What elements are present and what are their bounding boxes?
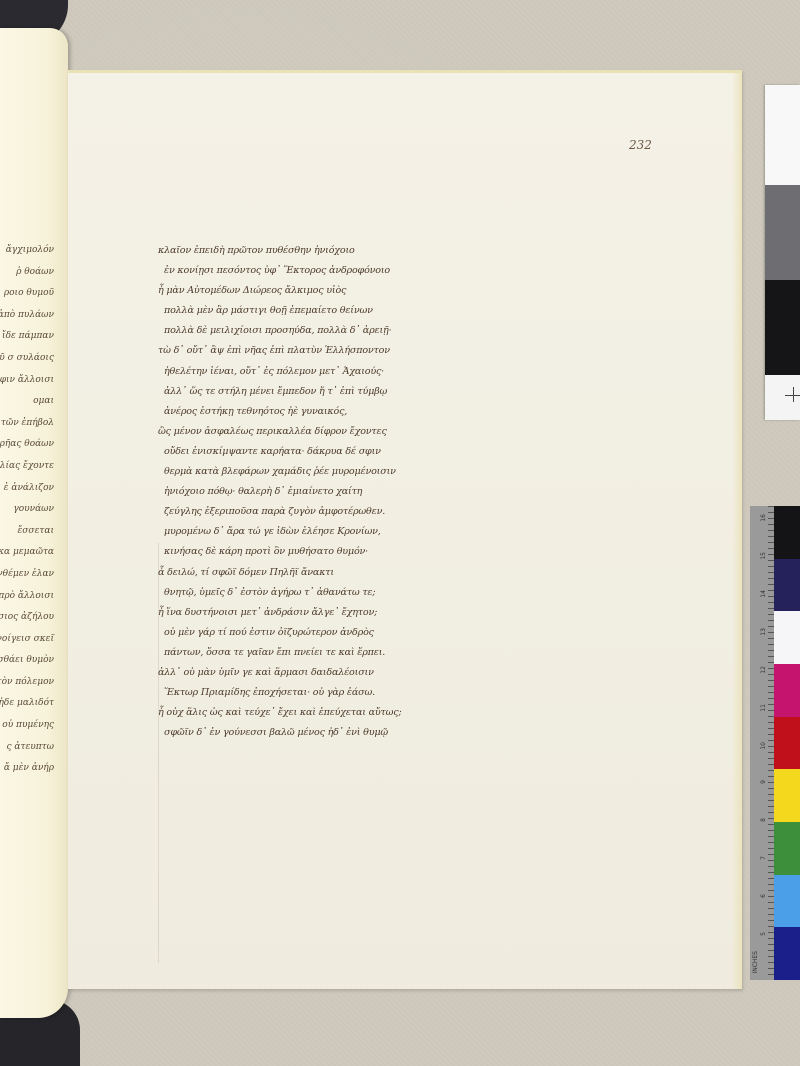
left-text-line: ἄ μὲν ἀνήρ <box>0 758 54 780</box>
left-text-line: τὸν πόλεμον <box>0 672 54 694</box>
manuscript-folio: 232 κλαῖον ἐπειδὴ πρῶτον πυθέσθην ἡνιόχο… <box>68 70 742 989</box>
text-line: μυρομένω δ᾽ ἄρα τώ γε ἰδὼν ἐλέησε Κρονίω… <box>158 522 488 542</box>
left-text-line: ροιο θυμοῦ <box>0 283 54 305</box>
text-line: ἡνιόχοιο πόθῳ· θαλερὴ δ᾽ ἐμιαίνετο χαίτη <box>158 482 488 502</box>
text-line: ἐν κονίῃσι πεσόντος ὑφ᾽ Ἕκτορος ἀνδροφόν… <box>158 261 488 281</box>
patch-white <box>765 85 800 185</box>
text-line: οὔδει ἐνισκίμψαντε καρήατα· δάκρυα δέ σφ… <box>158 442 488 462</box>
ruler-tick-label: 12 <box>760 666 767 674</box>
ruler-tick-label: 8 <box>760 818 767 822</box>
left-text-line: ἡδε μαλιδότ <box>0 693 54 715</box>
left-page-text: ἄγχιμολόνῥ θοάωνροιο θυμοῦὑπ᾽ ἀπὸ πυλάων… <box>0 240 54 780</box>
left-text-line: ῥα ἴδε πάμπαν <box>0 326 54 348</box>
left-text-line: ομαι <box>0 391 54 413</box>
text-line: ἦ οὐχ ἅλις ὡς καὶ τεύχε᾽ ἔχει καὶ ἐπεύχε… <box>158 703 488 723</box>
left-text-line: ῥ θοάων <box>0 262 54 284</box>
text-line: ὣς μένον ἀσφαλέως περικαλλέα δίφρον ἔχον… <box>158 422 488 442</box>
text-line: κλαῖον ἐπειδὴ πρῶτον πυθέσθην ἡνιόχοιο <box>158 241 488 261</box>
left-text-line: σιος ἀζήλου <box>0 607 54 629</box>
left-text-line: ς ἀτευπτω <box>0 737 54 759</box>
patch-mid-gray <box>765 185 800 280</box>
left-text-line: πρὸ ἄλλοισι <box>0 586 54 608</box>
ruler-tick-label: 15 <box>760 552 767 560</box>
text-line: πάντων, ὅσσα τε γαῖαν ἔπι πνείει τε καὶ … <box>158 643 488 663</box>
text-line: ἆ δειλώ, τί σφῶϊ δόμεν Πηλῆϊ ἄνακτι <box>158 563 488 583</box>
ruler-tick-label: 11 <box>760 704 767 712</box>
left-text-line: ἐνοίγεισ σκεῖ <box>0 629 54 651</box>
text-line: ἀνέρος ἑστήκῃ τεθνηότος ἠὲ γυναικός, <box>158 402 488 422</box>
left-text-line: ὑπ᾽ ἀπὸ πυλάων <box>0 305 54 327</box>
text-line: Ἕκτωρ Πριαμίδης ἐποχήσεται· οὐ γὰρ ἐάσω. <box>158 683 488 703</box>
left-text-line: ὅσ τ᾽ ἐσθάει θυμὸν <box>0 650 54 672</box>
swatch-navy <box>774 559 800 612</box>
left-text-line: αχωνθέμεν ἐλαν <box>0 564 54 586</box>
left-text-line: τῶν ἐπήβολ <box>0 413 54 435</box>
swatch-magenta <box>774 664 800 717</box>
color-calibration-strip: INCHES 1615141312111098765 <box>750 506 800 980</box>
text-line: ἦ μὰν Αὐτομέδων Διώρεος ἄλκιμος υἱὸς <box>158 281 488 301</box>
ruler-tick-label: 9 <box>760 780 767 784</box>
left-text-line: λίας ἔχοντε <box>0 456 54 478</box>
ruler-tick-label: 5 <box>760 932 767 936</box>
ruler-tick-label: 14 <box>760 590 767 598</box>
text-line: ἠθελέτην ἰέναι, οὔτ᾽ ἐς πόλεμον μετ᾽ Ἀχα… <box>158 362 488 382</box>
patch-black <box>765 280 800 375</box>
swatch-green <box>774 822 800 875</box>
text-line: πολλὰ μὲν ἂρ μάστιγι θοῇ ἐπεμαίετο θείνω… <box>158 301 488 321</box>
text-line: θερμὰ κατὰ βλεφάρων χαμάδις ῥέε μυρομένο… <box>158 462 488 482</box>
folio-number: 232 <box>629 138 652 152</box>
text-line: κινήσας δὲ κάρη προτὶ ὃν μυθήσατο θυμόν· <box>158 542 488 562</box>
text-line: θνητῷ, ὑμεῖς δ᾽ ἐστὸν ἀγήρω τ᾽ ἀθανάτω τ… <box>158 583 488 603</box>
main-text-block: κλαῖον ἐπειδὴ πρῶτον πυθέσθην ἡνιόχοιοἐν… <box>158 241 488 743</box>
text-line: σφῶϊν δ᾽ ἐν γούνεσσι βαλῶ μένος ἠδ᾽ ἐνὶ … <box>158 723 488 743</box>
patch-white-crosshair <box>765 375 800 420</box>
ruler-unit-label: INCHES <box>752 951 759 974</box>
text-line: ἀλλ᾽ οὐ μὰν ὑμῖν γε καὶ ἅρμασι δαιδαλέοι… <box>158 663 488 683</box>
ruler-tick-label: 7 <box>760 856 767 860</box>
text-line: ἀλλ᾽ ὥς τε στήλη μένει ἔμπεδον ἥ τ᾽ ἐπὶ … <box>158 382 488 402</box>
left-text-line: ἔσσεται <box>0 521 54 543</box>
ruler-tick-label: 13 <box>760 628 767 636</box>
left-text-line: γουνάων <box>0 499 54 521</box>
swatch-blue <box>774 927 800 980</box>
left-text-line: ἀρῆας θοάων <box>0 434 54 456</box>
text-line: ζεύγλης ἐξεριποῦσα παρὰ ζυγὸν ἀμφοτέρωθε… <box>158 502 488 522</box>
text-line: πολλὰ δὲ μειλιχίοισι προσηύδα, πολλὰ δ᾽ … <box>158 321 488 341</box>
left-text-line: κα μεμαῶτα <box>0 542 54 564</box>
left-text-line: ὀσφιν ἄλλοισι <box>0 370 54 392</box>
left-facing-page: ἄγχιμολόνῥ θοάωνροιο θυμοῦὑπ᾽ ἀπὸ πυλάων… <box>0 28 68 1018</box>
grayscale-calibration-strip <box>765 85 800 420</box>
inch-ruler: INCHES 1615141312111098765 <box>750 506 774 980</box>
swatch-cyan-blue <box>774 875 800 928</box>
text-line: τὼ δ᾽ οὔτ᾽ ἂψ ἐπὶ νῆας ἐπὶ πλατὺν Ἑλλήσπ… <box>158 341 488 361</box>
swatch-black <box>774 506 800 559</box>
left-text-line: ἄγχιμολόν <box>0 240 54 262</box>
ruler-tick-label: 6 <box>760 894 767 898</box>
left-text-line: ὅ οὐ πυμένης <box>0 715 54 737</box>
swatch-red <box>774 717 800 770</box>
text-line: ἦ ἵνα δυστήνοισι μετ᾽ ἀνδράσιν ἄλγε᾽ ἔχη… <box>158 603 488 623</box>
swatch-yellow <box>774 769 800 822</box>
swatch-white <box>774 611 800 664</box>
ruler-tick-label: 10 <box>760 742 767 750</box>
crosshair-icon <box>793 387 794 402</box>
text-line: οὐ μὲν γάρ τί πού ἐστιν ὀϊζυρώτερον ἀνδρ… <box>158 623 488 643</box>
ruler-tick-label: 16 <box>760 514 767 522</box>
left-text-line: ἐ ἀνάλιζον <box>0 478 54 500</box>
left-text-line: ὀϊζυῦ σ συλάοις <box>0 348 54 370</box>
color-swatches <box>774 506 800 980</box>
